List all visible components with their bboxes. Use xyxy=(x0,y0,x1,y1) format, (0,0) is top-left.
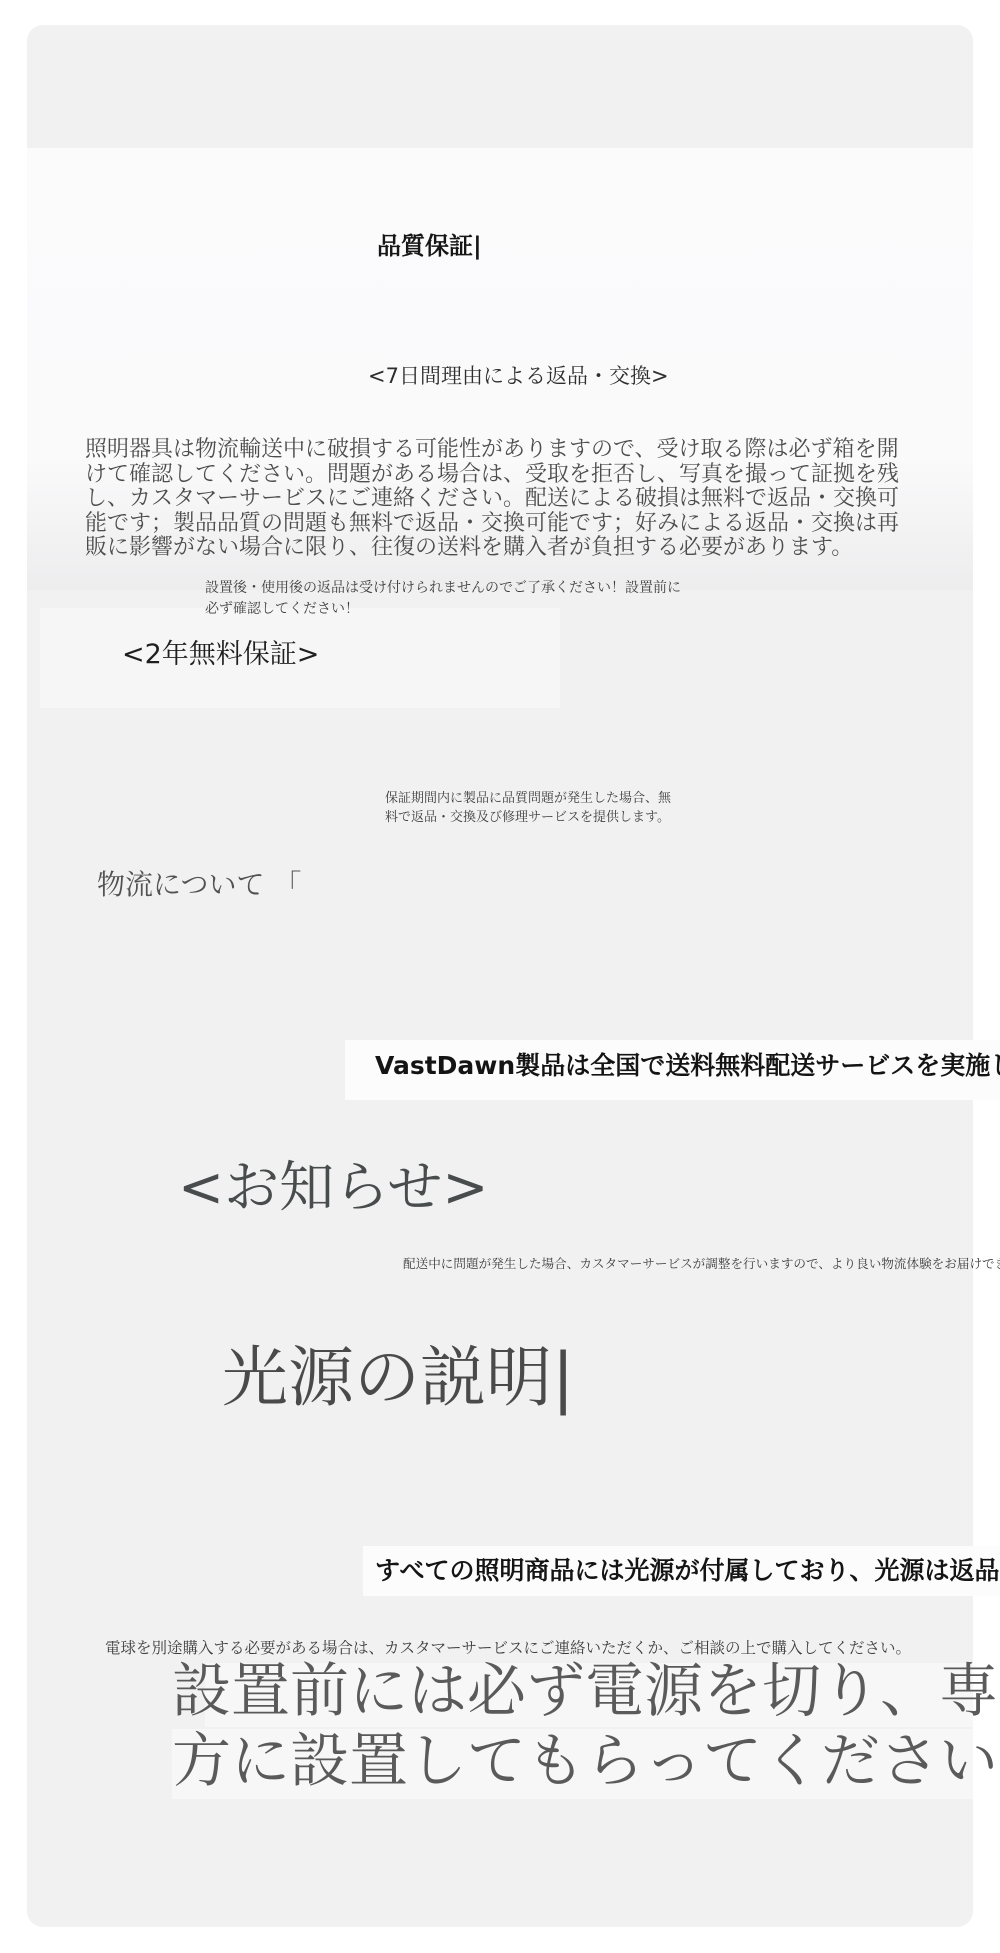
install-before-check-note: 設置後・使用後の返品は受け付けられませんのでご了承ください！設置前に 必ず確認し… xyxy=(205,578,681,620)
return-policy-heading: <7日間理由による返品・交換> xyxy=(368,360,669,390)
free-shipping-headline: VastDawn製品は全国で送料無料配送サービスを実施して xyxy=(375,1046,1000,1082)
light-source-section-title: 光源の説明| xyxy=(222,1324,574,1419)
warranty-heading: <2年無料保証> xyxy=(122,632,319,671)
warranty-note: 保証期間内に製品に品質問題が発生した場合、無 料で返品・交換及び修理サービスを提… xyxy=(385,790,671,827)
notice-heading: <お知らせ> xyxy=(178,1143,489,1222)
return-policy-body: 照明器具は物流輸送中に破損する可能性がありますので、受け取る際は必ず箱を開 けて… xyxy=(85,438,899,561)
notice-body: 配送中に問題が発生した場合、カスタマーサービスが調整を行いますので、より良い物流… xyxy=(403,1253,1000,1272)
bulb-purchase-note: 電球を別途購入する必要がある場合は、カスタマーサービスにご連絡いただくか、ご相談… xyxy=(105,1636,911,1658)
logistics-section-title: 物流について 「 xyxy=(97,863,301,903)
light-source-included-headline: すべての照明商品には光源が付属しており、光源は返品・交 xyxy=(375,1551,1000,1587)
product-description-page: 品質保証| <7日間理由による返品・交換> 照明器具は物流輸送中に破損する可能性… xyxy=(0,0,1000,1953)
quality-guarantee-title: 品質保証| xyxy=(377,226,482,261)
installation-safety-warning: 設置前には必ず電源を切り、専 方に設置してもらってください xyxy=(172,1656,998,1796)
